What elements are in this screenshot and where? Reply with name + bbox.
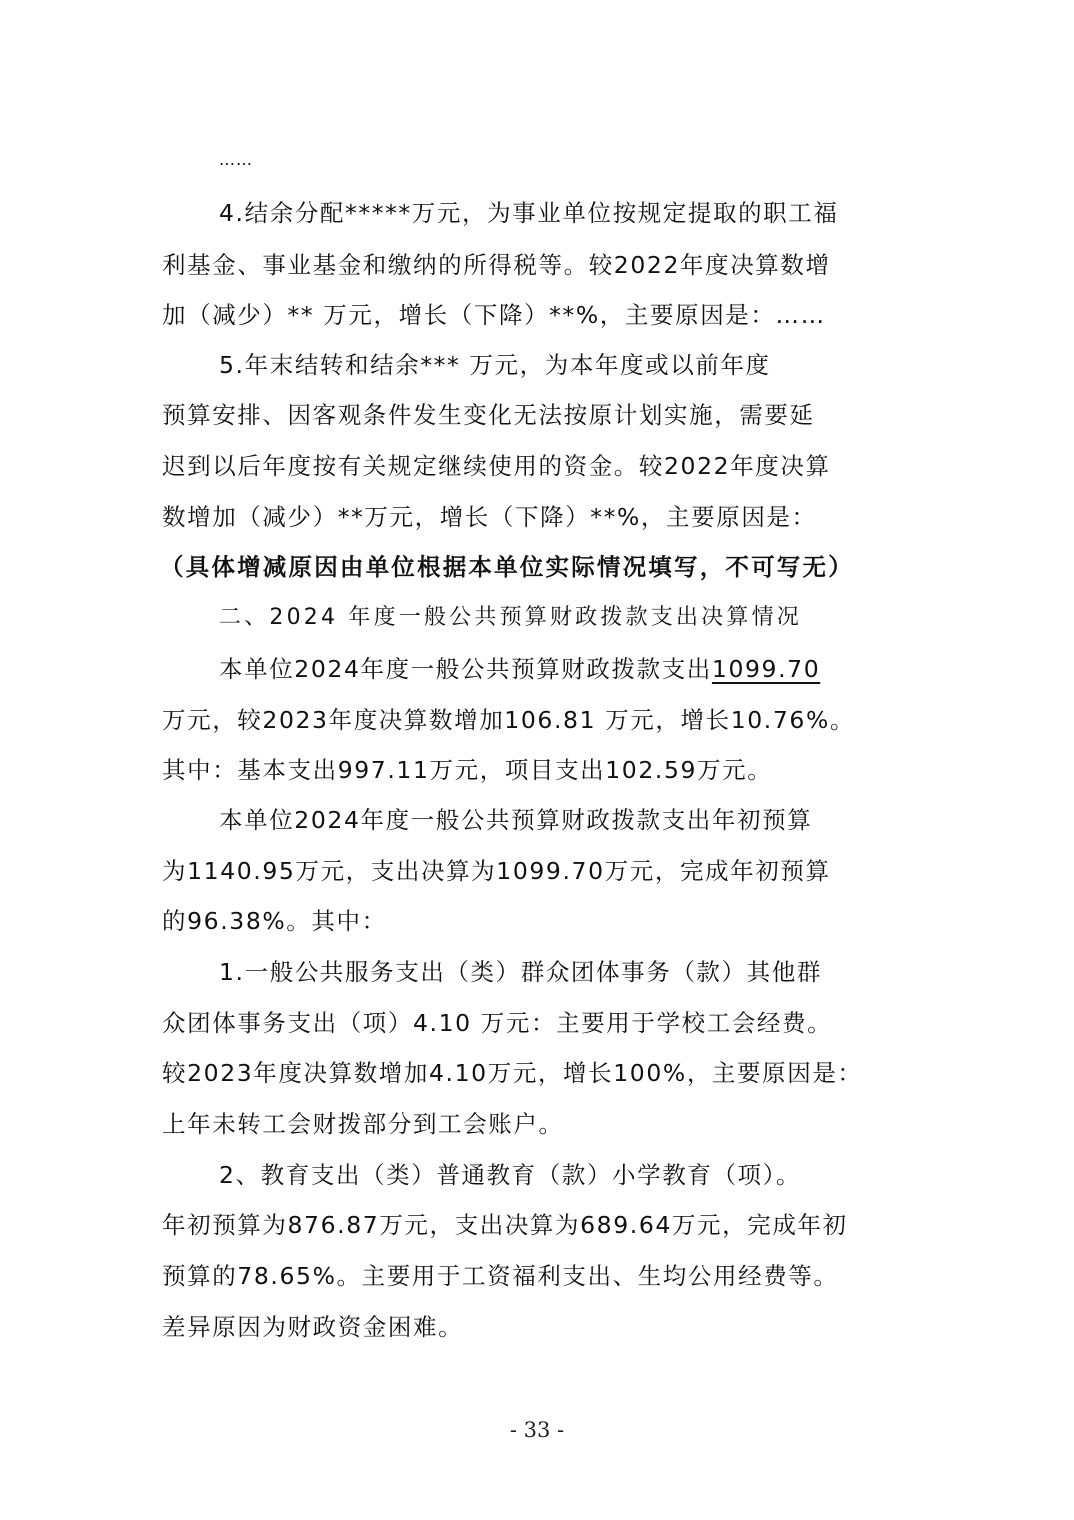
paragraph-line: 上年未转工会财拨部分到工会账户。 bbox=[162, 1109, 564, 1139]
page-number: - 33 - bbox=[0, 1418, 1074, 1442]
paragraph-line: 预算的78.65%。主要用于工资福利支出、生均公用经费等。 bbox=[162, 1261, 839, 1291]
text-prefix: 本单位2024年度一般公共预算财政拨款支出 bbox=[219, 655, 712, 683]
paragraph-line: 万元，较2023年度决算数增加106.81 万元，增长10.76%。 bbox=[162, 705, 855, 735]
top-ellipsis: …… bbox=[219, 150, 253, 169]
paragraph-line: 4.结余分配*****万元，为事业单位按规定提取的职工福 bbox=[219, 198, 838, 228]
paragraph-line: 利基金、事业基金和缴纳的所得税等。较2022年度决算数增 bbox=[162, 250, 831, 280]
paragraph-line: 众团体事务支出（项）4.10 万元：主要用于学校工会经费。 bbox=[162, 1008, 832, 1038]
paragraph-line: 本单位2024年度一般公共预算财政拨款支出1099.70 bbox=[219, 654, 820, 684]
paragraph-line: 2、教育支出（类）普通教育（款）小学教育（项）。 bbox=[219, 1160, 801, 1190]
paragraph-line: 迟到以后年度按有关规定继续使用的资金。较2022年度决算 bbox=[162, 451, 831, 481]
paragraph-line: 年初预算为876.87万元，支出决算为689.64万元，完成年初 bbox=[162, 1210, 848, 1240]
paragraph-line: 其中：基本支出997.11万元，项目支出102.59万元。 bbox=[162, 755, 772, 785]
paragraph-line: 5.年末结转和结余*** 万元，为本年度或以前年度 bbox=[219, 350, 771, 380]
underlined-amount: 1099.70 bbox=[712, 655, 820, 683]
paragraph-line: 差异原因为财政资金困难。 bbox=[162, 1312, 463, 1342]
paragraph-line: 为1140.95万元，支出决算为1099.70万元，完成年初预算 bbox=[162, 856, 831, 886]
paragraph-line: 加（减少）** 万元，增长（下降）**%，主要原因是：…… bbox=[162, 300, 826, 330]
paragraph-line: 预算安排、因客观条件发生变化无法按原计划实施，需要延 bbox=[162, 400, 815, 430]
paragraph-line: 本单位2024年度一般公共预算财政拨款支出年初预算 bbox=[219, 805, 812, 835]
paragraph-line: 数增加（减少）**万元，增长（下降）**%，主要原因是： bbox=[162, 502, 817, 532]
paragraph-line: 的96.38%。其中： bbox=[162, 906, 387, 936]
paragraph-line: 较2023年度决算数增加4.10万元，增长100%，主要原因是： bbox=[162, 1058, 863, 1088]
paragraph-line: 1.一般公共服务支出（类）群众团体事务（款）其他群 bbox=[219, 957, 822, 987]
section-heading: 二、2024 年度一般公共预算财政拨款支出决算情况 bbox=[219, 603, 802, 633]
bold-note: （具体增减原因由单位根据本单位实际情况填写，不可写无） bbox=[160, 552, 854, 582]
